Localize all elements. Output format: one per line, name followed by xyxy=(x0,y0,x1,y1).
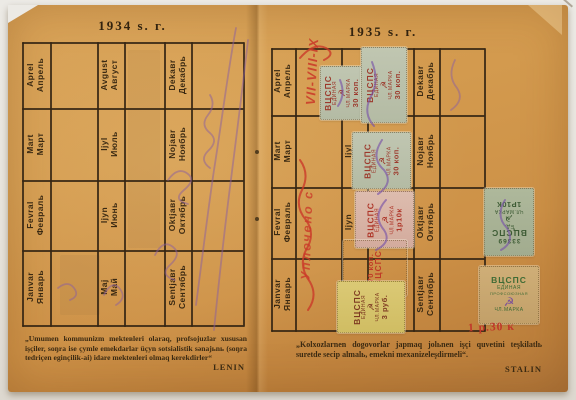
month-label-nojabr-1935: NojaвrНоябрь xyxy=(413,119,439,183)
month-label-oktjabr-1935: OktjaвrОктябрь xyxy=(413,190,439,254)
month-label-aprel-1935: AprelАпрель xyxy=(270,49,296,113)
month-label-sentjabr-1935: SentjaвrСентябрь xyxy=(413,262,439,326)
month-label-nojabr-1934: NojaвrНоябрь xyxy=(165,112,191,176)
year-header-1935: 1935 s. г. xyxy=(308,24,458,40)
month-label-dekabr-1934: DekaвrДекабрь xyxy=(165,43,191,107)
dues-stamp-3rub: ВЦСПС ЕДИНАЯ ☭ ЧЛ.МАРКА 3 руб. xyxy=(337,281,405,333)
grid-line xyxy=(22,180,244,182)
grid-line xyxy=(124,42,126,327)
dues-stamp-30kop-b: ВЦСПС ЕДИНАЯ ☭ ЧЛ.МАРКА 30 коп. xyxy=(361,47,407,123)
grid-line xyxy=(243,42,245,327)
stamp-value: 1р10к xyxy=(395,208,403,231)
grid-line xyxy=(22,250,244,252)
month-cyrillic: Ноябрь xyxy=(426,134,436,168)
torn-corner xyxy=(8,5,38,23)
month-label-ijyn-1934: IjynИюнь xyxy=(97,183,123,247)
staple-dot xyxy=(255,150,259,154)
month-cyrillic: Август xyxy=(110,60,120,91)
center-fold xyxy=(246,5,268,392)
month-cyrillic: Октябрь xyxy=(178,196,188,234)
month-cyrillic: Сентябрь xyxy=(426,272,436,316)
month-cyrillic: Апрель xyxy=(283,64,293,98)
stalin-quote: „Kolxozlarnen dogovorlar japmaq jolьnen … xyxy=(296,340,542,360)
month-cyrillic: Ноябрь xyxy=(178,127,188,161)
stamp-value: 30 коп. xyxy=(352,79,360,108)
month-cyrillic: Февраль xyxy=(36,195,46,236)
year-header-1934: 1934 s. г. xyxy=(60,18,205,34)
stamp-line: ЕД. xyxy=(504,222,514,228)
month-label-avgust-1934: AvgustАвгуст xyxy=(97,43,123,107)
grid-line xyxy=(22,108,244,110)
grid-line xyxy=(22,42,244,44)
hammer-sickle-icon: ☭ xyxy=(381,215,390,223)
stamp-value: 30 коп. xyxy=(392,146,400,175)
month-label-maj-1934: MajМай xyxy=(97,255,123,319)
month-label-aprel-1934: AprelАпрель xyxy=(23,43,49,107)
stamp-value: 3 руб. xyxy=(381,295,389,320)
folded-corner xyxy=(528,5,562,35)
grid-line xyxy=(22,325,244,327)
month-label-mart-1935: MartМарт xyxy=(270,119,296,183)
dues-stamp-30kop-c: ВЦСПС ЕДИНАЯ ☭ ЧЛ.МАРКА 30 коп. xyxy=(352,132,411,189)
month-cyrillic: Октябрь xyxy=(426,203,436,241)
month-label-mart-1934: MartМарт xyxy=(23,112,49,176)
month-cyrillic: Сентябрь xyxy=(178,265,188,309)
month-cyrillic: Апрель xyxy=(36,58,46,92)
stamp-value: 1Р10К xyxy=(497,200,522,208)
month-cyrillic: Июнь xyxy=(110,202,120,227)
month-cyrillic: Март xyxy=(36,133,46,156)
month-label-janvar-1935: JanvarЯнварь xyxy=(270,262,296,326)
stamp-value: 30 коп. xyxy=(394,71,402,100)
month-cyrillic: Декабрь xyxy=(426,62,436,100)
month-cyrillic: Июль xyxy=(110,131,120,156)
dues-stamp-30kop-a: ВЦСПС ЕДИНАЯ ☭ ЧЛ.МАРКА 30 коп. xyxy=(320,66,364,120)
grid-line xyxy=(439,48,441,332)
month-cyrillic: Май xyxy=(110,278,120,296)
ink-bleed-ghost xyxy=(60,255,100,315)
scanned-membership-card: 1934 s. г. 1935 s. г. AprelАпрель Avgust… xyxy=(0,0,576,400)
month-cyrillic: Март xyxy=(283,140,293,163)
month-cyrillic: Январь xyxy=(36,270,46,304)
hammer-sickle-icon: ☭ xyxy=(505,213,513,222)
stalin-attribution: STALIN xyxy=(470,364,542,374)
month-cyrillic: Февраль xyxy=(283,202,293,243)
lenin-quote: „Umumen kommunizm mekteвleri olaraq, pro… xyxy=(25,334,247,363)
stamp-org: ВЦСПС xyxy=(491,228,527,237)
month-label-dekabr-1935: DekaвrДекабрь xyxy=(413,49,439,113)
staple-dot xyxy=(255,217,259,221)
month-label-sentjabr-1934: SentjaвrСентябрь xyxy=(165,255,191,319)
month-label-oktjabr-1934: OktjaвrОктябрь xyxy=(165,183,191,247)
month-label-janvar-1934: JanvarЯнварь xyxy=(23,255,49,319)
month-label-fevral-1934: FevralФевраль xyxy=(23,183,49,247)
stamp-line: ЧЛ.МАРКА xyxy=(494,308,523,314)
stamp-serial: 33369 xyxy=(497,237,520,244)
month-cyrillic: Январь xyxy=(283,277,293,311)
month-label-ijyl-1934: IjylИюль xyxy=(97,112,123,176)
lenin-attribution: LENIN xyxy=(185,362,245,372)
hammer-sickle-icon: ☭ xyxy=(378,156,387,164)
grid-line xyxy=(50,42,52,327)
month-label-fevral-1935: FevralФевраль xyxy=(270,190,296,254)
grid-line xyxy=(191,42,193,327)
dues-stamp-1r10k-inverted: 33369 ВЦСПС ЕД. ☭ ЧЛ.МАРКА 1Р10К xyxy=(484,188,534,256)
month-cyrillic: Декабрь xyxy=(178,56,188,94)
ink-bleed-ghost xyxy=(128,50,160,248)
dues-stamp-1r30k: ВЦСПС ЕДИНАЯ ПРОФСОЮЗНАЯ ☭ ЧЛ.МАРКА xyxy=(479,266,539,324)
